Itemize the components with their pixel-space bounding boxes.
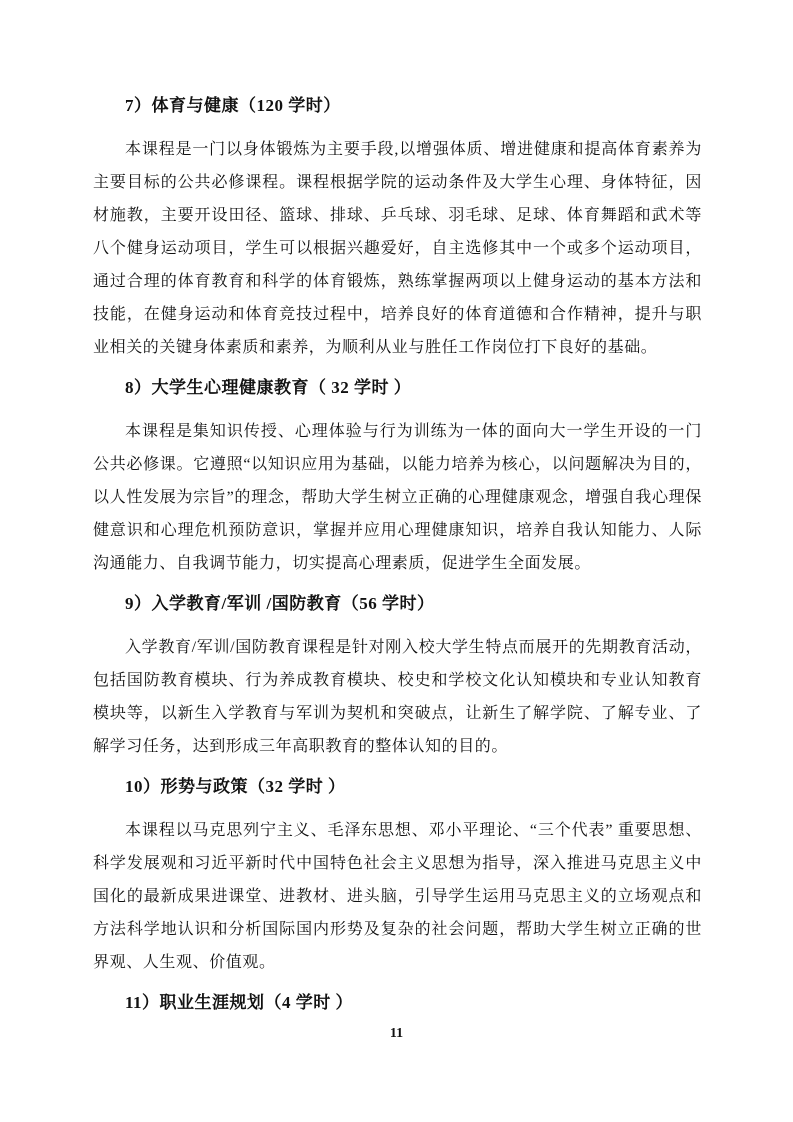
course-section-9: 9）入学教育/军训 /国防教育（56 学时） 入学教育/军训/国防教育课程是针对… [93,593,702,763]
course-description-8: 本课程是集知识传授、心理体验与行为训练为一体的面向大一学生开设的一门公共必修课。… [93,415,702,580]
course-description-10: 本课程以马克思列宁主义、毛泽东思想、邓小平理论、“三个代表” 重要思想、科学发展… [93,814,702,979]
document-content: 7）体育与健康（120 学时） 本课程是一门以身体锻炼为主要手段,以增强体质、增… [93,95,702,1030]
course-heading-8: 8）大学生心理健康教育（ 32 学时 ） [93,377,702,399]
course-heading-9: 9）入学教育/军训 /国防教育（56 学时） [93,593,702,615]
page-number: 11 [0,1026,793,1042]
course-section-7: 7）体育与健康（120 学时） 本课程是一门以身体锻炼为主要手段,以增强体质、增… [93,95,702,364]
course-description-9: 入学教育/军训/国防教育课程是针对刚入校大学生特点而展开的先期教育活动，包括国防… [93,631,702,763]
course-section-8: 8）大学生心理健康教育（ 32 学时 ） 本课程是集知识传授、心理体验与行为训练… [93,377,702,580]
course-heading-10: 10）形势与政策（32 学时 ） [93,776,702,798]
course-description-7: 本课程是一门以身体锻炼为主要手段,以增强体质、增进健康和提高体育素养为主要目标的… [93,133,702,364]
course-heading-11: 11）职业生涯规划（4 学时 ） [93,992,702,1014]
course-section-11: 11）职业生涯规划（4 学时 ） [93,992,702,1014]
course-heading-7: 7）体育与健康（120 学时） [93,95,702,117]
document-page: 7）体育与健康（120 学时） 本课程是一门以身体锻炼为主要手段,以增强体质、增… [0,0,793,1122]
course-section-10: 10）形势与政策（32 学时 ） 本课程以马克思列宁主义、毛泽东思想、邓小平理论… [93,776,702,979]
